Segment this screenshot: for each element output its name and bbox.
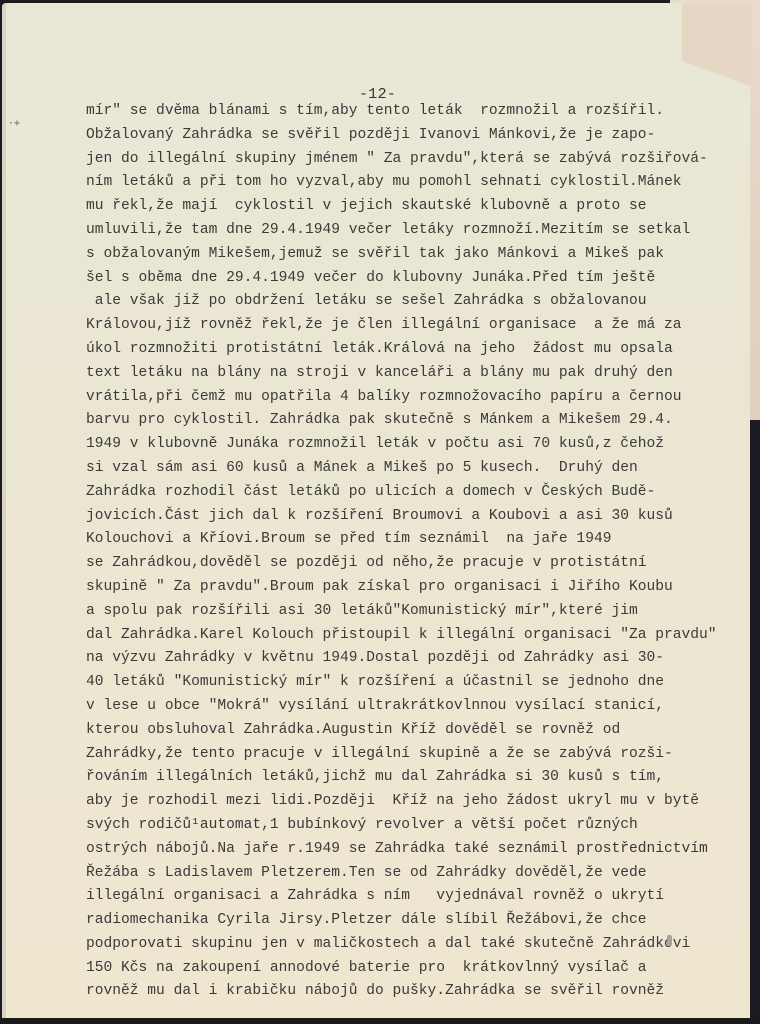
- margin-mark: ·+: [8, 118, 20, 129]
- text-line: ale však již po obdržení letáku se sešel…: [86, 290, 726, 314]
- text-line: ostrých nábojů.Na jaře r.1949 se Zahrádk…: [86, 838, 726, 862]
- text-line: mu řekl,že mají cyklostil v jejich skaut…: [86, 195, 726, 219]
- text-line: Kolouchovi a Kříovi.Broum se před tím se…: [86, 528, 726, 552]
- text-line: se Zahrádkou,dověděl se později od něho,…: [86, 552, 726, 576]
- text-line: aby je rozhodil mezi lidi.Později Kříž n…: [86, 790, 726, 814]
- text-line: text letáku na blány na stroji v kancelá…: [86, 362, 726, 386]
- text-line: 150 Kčs na zakoupení annodové baterie pr…: [86, 957, 726, 981]
- text-line: illegální organisaci a Zahrádka s ním vy…: [86, 885, 726, 909]
- text-line: ním letáků a při tom ho vyzval,aby mu po…: [86, 171, 726, 195]
- text-line: úkol rozmnožiti protistátní leták.Králov…: [86, 338, 726, 362]
- text-line: podporovati skupinu jen v maličkostech a…: [86, 933, 726, 957]
- text-line: rovněž mu dal i krabičku nábojů do pušky…: [86, 980, 726, 1004]
- text-line: mír" se dvěma blánami s tím,aby tento le…: [86, 100, 726, 124]
- text-line: vrátila,při čemž mu opatřila 4 balíky ro…: [86, 386, 726, 410]
- text-line: jen do illegální skupiny jménem " Za pra…: [86, 148, 726, 172]
- text-line: Zahrádka rozhodil část letáků po ulicích…: [86, 481, 726, 505]
- text-line: v lese u obce "Mokrá" vysílání ultrakrát…: [86, 695, 726, 719]
- scan-edge: [0, 1018, 760, 1024]
- text-line: řováním illegálních letáků,jichž mu dal …: [86, 766, 726, 790]
- text-line: kterou obsluhoval Zahrádka.Augustin Kříž…: [86, 719, 726, 743]
- text-line: umluvili,že tam dne 29.4.1949 večer letá…: [86, 219, 726, 243]
- text-line: s obžalovaným Mikešem,jemuž se svěřil ta…: [86, 243, 726, 267]
- text-line: a spolu pak rozšířili asi 30 letáků"Komu…: [86, 600, 726, 624]
- text-line: Zahrádky,že tento pracuje v illegální sk…: [86, 743, 726, 767]
- text-line: jovicích.Část jich dal k rozšíření Broum…: [86, 505, 726, 529]
- ink-smudge: [667, 935, 672, 946]
- text-line: na výzvu Zahrádky v květnu 1949.Dostal p…: [86, 647, 726, 671]
- text-line: šel s oběma dne 29.4.1949 večer do klubo…: [86, 267, 726, 291]
- text-line: 1949 v klubovně Junáka rozmnožil leták v…: [86, 433, 726, 457]
- text-line: Řežába s Ladislavem Pletzerem.Ten se od …: [86, 862, 726, 886]
- text-line: svých rodičů¹automat,1 bubínkový revolve…: [86, 814, 726, 838]
- text-line: 40 letáků "Komunistický mír" k rozšíření…: [86, 671, 726, 695]
- text-line: skupině " Za pravdu".Broum pak získal pr…: [86, 576, 726, 600]
- text-line: barvu pro cyklostil. Zahrádka pak skuteč…: [86, 409, 726, 433]
- text-line: Obžalovaný Zahrádka se svěřil později Iv…: [86, 124, 726, 148]
- text-line: radiomechanika Cyrila Jirsy.Pletzer dále…: [86, 909, 726, 933]
- text-line: Královou,jíž rovněž řekl,že je člen ille…: [86, 314, 726, 338]
- text-line: dal Zahrádka.Karel Kolouch přistoupil k …: [86, 624, 726, 648]
- text-line: si vzal sám asi 60 kusů a Mánek a Mikeš …: [86, 457, 726, 481]
- body-text: mír" se dvěma blánami s tím,aby tento le…: [86, 100, 726, 1004]
